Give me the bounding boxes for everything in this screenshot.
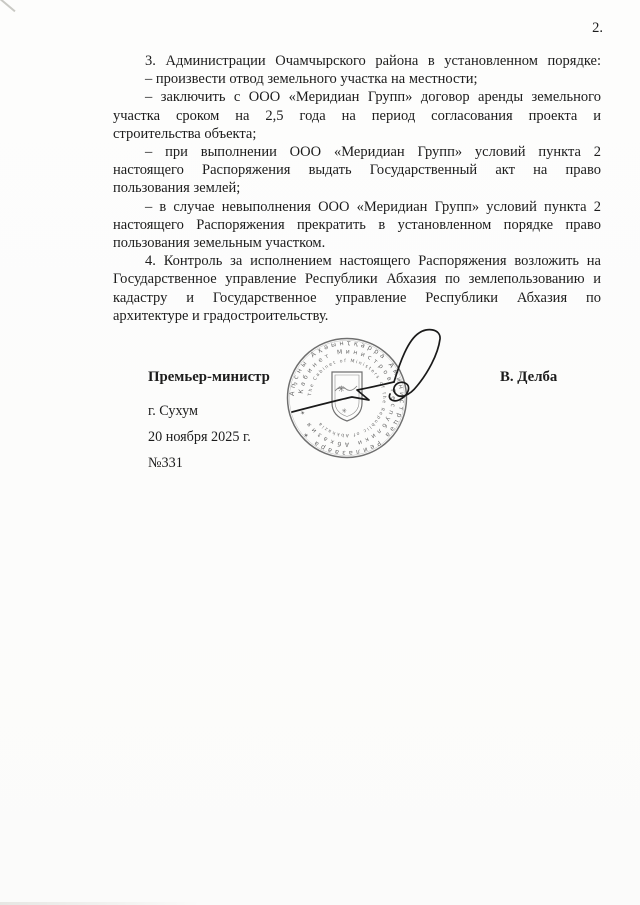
- signature-block: Премьер-министр г. Сухум 20 ноября 2025 …: [148, 369, 270, 472]
- document-line: – заключить с ООО «Меридиан Групп» догов…: [113, 88, 601, 106]
- document-city: г. Сухум: [148, 403, 270, 420]
- document-line: Государственное управление Республики Аб…: [113, 270, 601, 288]
- signatory-title: Премьер-министр: [148, 369, 270, 386]
- document-line: 3. Администрации Очамчырского района в у…: [113, 52, 601, 70]
- document-line: – в случае невыполнения ООО «Меридиан Гр…: [113, 198, 601, 216]
- document-number: №331: [148, 455, 270, 472]
- document-line: настоящего Распоряжения выдать Государст…: [113, 161, 601, 179]
- scan-corner-artifact: [0, 0, 16, 12]
- page-number: 2.: [592, 20, 603, 37]
- document-line: настоящего Распоряжения прекратить в уст…: [113, 216, 601, 234]
- scanned-document-page: 2. 3. Администрации Очамчырского района …: [0, 0, 640, 905]
- document-line: – при выполнении ООО «Меридиан Групп» ус…: [113, 143, 601, 161]
- signatory-name: В. Делба: [500, 369, 557, 386]
- document-line: пользования землей;: [113, 179, 601, 197]
- document-line: кадастру и Государственное управление Ре…: [113, 289, 601, 307]
- document-line: участка сроком на 2,5 года на период сог…: [113, 107, 601, 125]
- document-body: 3. Администрации Очамчырского района в у…: [113, 52, 601, 325]
- handwritten-signature: [275, 322, 460, 427]
- document-line: – произвести отвод земельного участка на…: [113, 70, 601, 88]
- document-line: пользования земельным участком.: [113, 234, 601, 252]
- document-date: 20 ноября 2025 г.: [148, 429, 270, 446]
- document-line: 4. Контроль за исполнением настоящего Ра…: [113, 252, 601, 270]
- document-line: строительства объекта;: [113, 125, 601, 143]
